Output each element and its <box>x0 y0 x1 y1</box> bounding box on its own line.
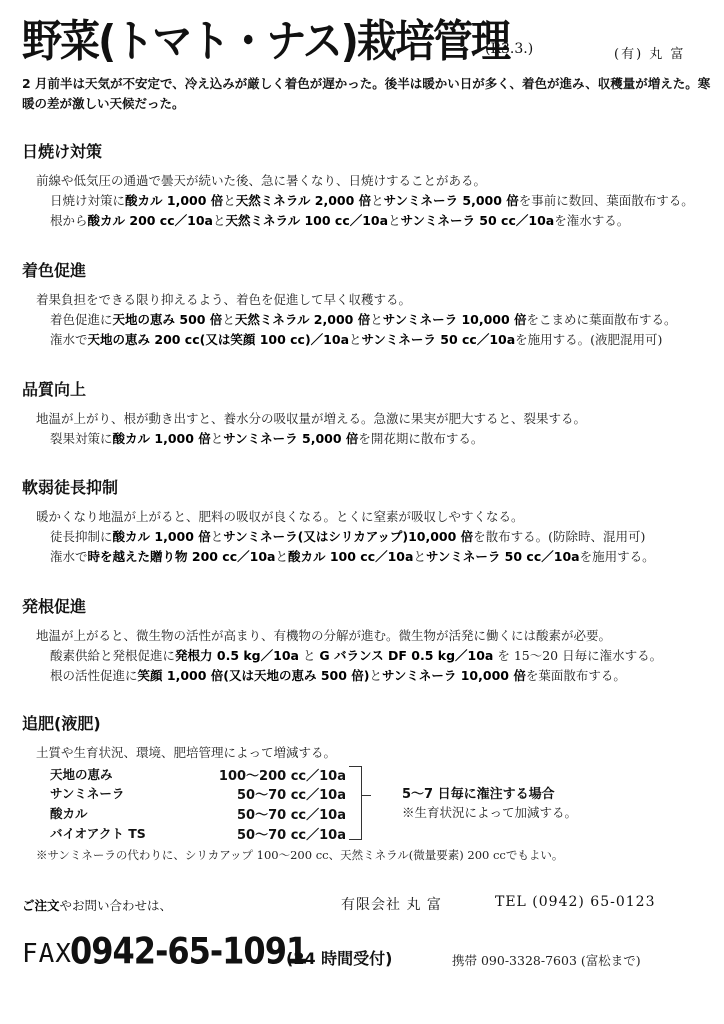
text-run: をこまめに葉面散布する。 <box>527 312 677 327</box>
section-line: 地温が上がり、根が動き出すと、養水分の吸収量が増える。急激に果実が肥大すると、裂… <box>36 409 586 428</box>
text-run: と <box>369 668 382 683</box>
application-interval: 5～7 日毎に潅注する場合 <box>402 783 555 802</box>
text-run: と <box>275 549 288 564</box>
product-amount: 50～70 cc／10a <box>237 824 346 843</box>
product-dose: サンミネーラ 50 cc／10a <box>426 549 580 564</box>
product-dose: サンミネーラ 10,000 倍 <box>383 312 527 327</box>
section-line: 徒長抑制に酸カル 1,000 倍とサンミネーラ(又はシリカアップ)10,000 … <box>50 527 645 546</box>
adjustment-note: ※生育状況によって加減する。 <box>402 803 577 821</box>
section-line: 潅水で時を越えた贈り物 200 cc／10aと酸カル 100 cc／10aとサン… <box>50 547 655 566</box>
order-inquiry: ご注文やお問い合わせは、 <box>22 896 172 914</box>
text-run: を 15～20 日毎に潅水する。 <box>493 648 662 663</box>
text-run: 地温が上がり、根が動き出すと、養水分の吸収量が増える。急激に果実が肥大すると、裂… <box>36 411 586 426</box>
company-name-header: (有) 丸 富 <box>614 43 685 62</box>
bracket-tip <box>361 795 371 796</box>
text-run: 酸素供給と発根促進に <box>50 648 175 663</box>
product-dose: G バランス DF 0.5 kg／10a <box>319 648 493 663</box>
text-run: を葉面散布する。 <box>526 668 626 683</box>
topdress-intro: 土質や生育状況、環境、肥培管理によって増減する。 <box>36 743 336 762</box>
text-run: 根の活性促進に <box>50 668 138 683</box>
section-line: 着果負担をできる限り抑えるよう、着色を促進して早く収穫する。 <box>36 290 411 309</box>
product-dose: 時を越えた贈り物 200 cc／10a <box>88 549 276 564</box>
product-dose: サンミネーラ 50 cc／10a <box>401 213 555 228</box>
page-title: 野菜(トマト・ナス)栽培管理 <box>22 14 509 69</box>
product-name: バイオアクト TS <box>50 824 146 842</box>
product-dose: 酸カル 1,000 倍 <box>113 529 211 544</box>
section-heading: 発根促進 <box>22 597 86 617</box>
text-run: と <box>213 213 226 228</box>
product-dose: サンミネーラ 5,000 倍 <box>223 431 358 446</box>
section-line: 地温が上がると、微生物の活性が高まり、有機物の分解が進む。微生物が活発に働くには… <box>36 626 611 645</box>
product-dose: 天地の恵み 500 倍 <box>113 312 223 327</box>
product-name: 酸カル <box>50 804 88 822</box>
fax-label: FAX <box>22 939 72 969</box>
text-run: を施用する。 <box>580 549 655 564</box>
mobile-number[interactable]: 携帯 090-3328-7603 (富松まで) <box>452 951 641 969</box>
product-dose: 天然ミネラル 100 cc／10a <box>225 213 388 228</box>
section-line: 根の活性促進に笑顔 1,000 倍(又は天地の恵み 500 倍)とサンミネーラ … <box>50 666 626 685</box>
section-line: 着色促進に天地の恵み 500 倍と天然ミネラル 2,000 倍とサンミネーラ 1… <box>50 310 677 329</box>
section-line: 裂果対策に酸カル 1,000 倍とサンミネーラ 5,000 倍を開花期に散布する… <box>50 429 483 448</box>
product-dose: 天然ミネラル 2,000 倍 <box>235 312 370 327</box>
text-run: を散布する。(防除時、混用可) <box>473 529 645 544</box>
text-run: 地温が上がると、微生物の活性が高まり、有機物の分解が進む。微生物が活発に働くには… <box>36 628 611 643</box>
text-run: と <box>223 193 236 208</box>
product-amount: 50～70 cc／10a <box>237 784 346 803</box>
text-run: と <box>211 431 224 446</box>
text-run: と <box>211 529 224 544</box>
section-heading-topdress: 追肥(液肥) <box>22 714 101 734</box>
inquiry-text: やお問い合わせは、 <box>60 898 173 913</box>
tel-number[interactable]: TEL (0942) 65-0123 <box>495 894 655 910</box>
text-run: 徒長抑制に <box>50 529 113 544</box>
intro-text: 2 月前半は天気が不安定で、冷え込みが厳しく着色が遅かった。後半は暖かい日が多く… <box>22 74 712 114</box>
bracket-divider <box>349 766 362 840</box>
product-dose: 笑顔 1,000 倍(又は天地の恵み 500 倍) <box>138 668 370 683</box>
text-run: 根から <box>50 213 88 228</box>
text-run: を事前に数回、葉面散布する。 <box>519 193 694 208</box>
text-run: 前線や低気圧の通過で曇天が続いた後、急に暑くなり、日焼けすることがある。 <box>36 173 486 188</box>
product-dose: サンミネーラ 50 cc／10a <box>362 332 516 347</box>
text-run: を潅水する。 <box>554 213 629 228</box>
product-dose: 酸カル 1,000 倍 <box>125 193 223 208</box>
section-heading: 着色促進 <box>22 261 86 281</box>
section-line: 酸素供給と発根促進に発根力 0.5 kg／10a と G バランス DF 0.5… <box>50 646 662 665</box>
section-heading: 品質向上 <box>22 380 86 400</box>
company-name: 有限会社 丸 富 <box>341 894 442 914</box>
issue-date: (R3.3.) <box>485 41 533 57</box>
section-heading: 軟弱徒長抑制 <box>22 478 118 498</box>
text-run: 着色促進に <box>50 312 113 327</box>
product-dose: 酸カル 100 cc／10a <box>288 549 413 564</box>
section-line: 前線や低気圧の通過で曇天が続いた後、急に暑くなり、日焼けすることがある。 <box>36 171 486 190</box>
section-line: 日焼け対策に酸カル 1,000 倍と天然ミネラル 2,000 倍とサンミネーラ … <box>50 191 694 210</box>
product-dose: 天地の恵み 200 cc(又は笑顔 100 cc)／10a <box>88 332 350 347</box>
product-dose: 天然ミネラル 2,000 倍 <box>236 193 371 208</box>
product-dose: サンミネーラ(又はシリカアップ)10,000 倍 <box>223 529 473 544</box>
text-run: と <box>349 332 362 347</box>
order-label: ご注文 <box>22 898 60 913</box>
product-dose: サンミネーラ 5,000 倍 <box>384 193 519 208</box>
text-run: と <box>413 549 426 564</box>
text-run: 日焼け対策に <box>50 193 125 208</box>
fax-hours: (24 時間受付) <box>286 946 392 969</box>
text-run: を開花期に散布する。 <box>358 431 483 446</box>
product-amount: 100～200 cc／10a <box>219 765 346 784</box>
product-dose: 酸カル 1,000 倍 <box>113 431 211 446</box>
text-run: 暖かくなり地温が上がると、肥料の吸収が良くなる。とくに窒素が吸収しやすくなる。 <box>36 509 524 524</box>
product-name: 天地の恵み <box>50 765 113 783</box>
product-dose: 酸カル 200 cc／10a <box>88 213 213 228</box>
text-run: 潅水で <box>50 332 88 347</box>
section-line: 潅水で天地の恵み 200 cc(又は笑顔 100 cc)／10aとサンミネーラ … <box>50 330 662 349</box>
text-run: と <box>222 312 235 327</box>
text-run: と <box>388 213 401 228</box>
text-run: 潅水で <box>50 549 88 564</box>
footnote: ※サンミネーラの代わりに、シリカアップ 100～200 cc、天然ミネラル(微量… <box>36 846 563 865</box>
product-dose: サンミネーラ 10,000 倍 <box>382 668 526 683</box>
text-run: 着果負担をできる限り抑えるよう、着色を促進して早く収穫する。 <box>36 292 411 307</box>
text-run: と <box>371 193 384 208</box>
text-run: と <box>370 312 383 327</box>
product-dose: 発根力 0.5 kg／10a <box>175 648 299 663</box>
text-run: を施用する。(液肥混用可) <box>515 332 662 347</box>
section-line: 暖かくなり地温が上がると、肥料の吸収が良くなる。とくに窒素が吸収しやすくなる。 <box>36 507 524 526</box>
product-name: サンミネーラ <box>50 784 124 802</box>
fax-number[interactable]: 0942-65-1091 <box>70 929 307 973</box>
section-line: 根から酸カル 200 cc／10aと天然ミネラル 100 cc／10aとサンミネ… <box>50 211 629 230</box>
section-heading: 日焼け対策 <box>22 142 102 162</box>
product-amount: 50～70 cc／10a <box>237 804 346 823</box>
text-run: 裂果対策に <box>50 431 113 446</box>
text-run: と <box>299 648 319 663</box>
